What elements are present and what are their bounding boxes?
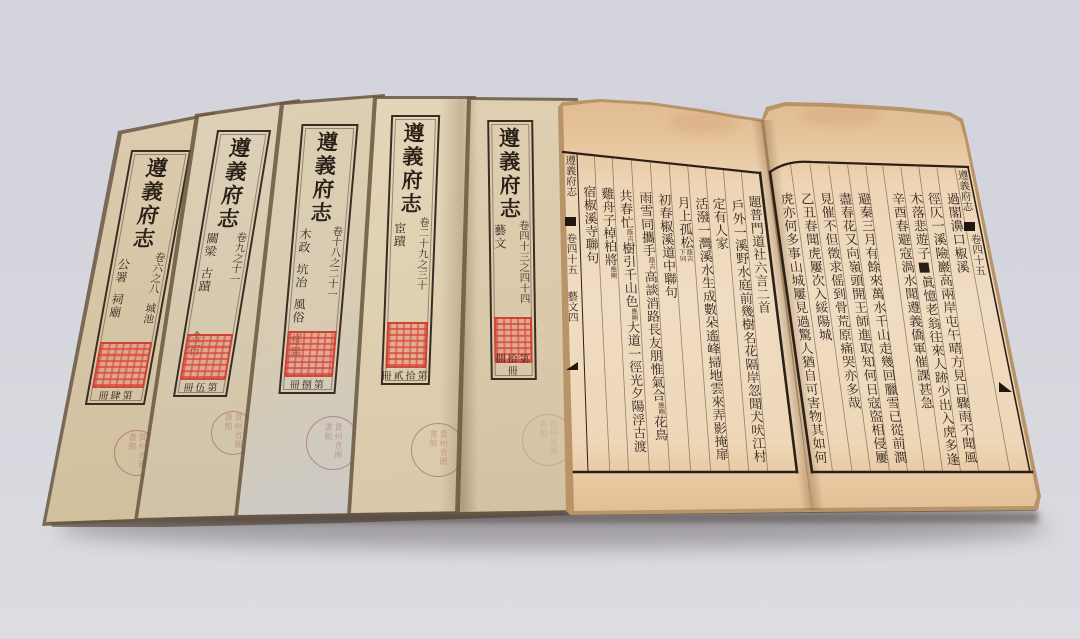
volume-number: 第拾貳冊 [381,371,430,383]
text-column: 戶外一溪野水庭前幾樹名花隔岸忽聞犬吠江村 [728,199,765,463]
fishtail-mark-icon [964,222,975,231]
text-column: 題普門道社六言二首 [745,195,769,314]
title-slip: 遵義府志 卷十八之二十一 木政坑冶風俗祥異 第捌冊 [278,124,358,394]
text-column: 徑仄一溪險巖高兩岸屯午晴方見日驟雨不聞風 [924,192,976,464]
verse-text: 活潑一灣溪水生成數朵遙峰掃地雲來弄影掩扉 [692,197,728,461]
juan-range: 卷二十九之三十 [415,217,430,291]
poem-title: 初春椒溪道中聯句 [655,193,677,299]
library-stamp-text: 貴州省圖書館 [323,423,343,463]
verse-text: 大道一徑光夕陽浮古渡 [624,321,647,453]
subjects-column: 公署祠廟 [106,258,131,319]
subject: 公署 [113,258,132,284]
interlinear-note: 應剛 [602,266,617,279]
volume-number: 第拾捌冊 [490,354,536,378]
subject: 坑冶 [293,263,309,289]
book-title: 遵義府志 [128,157,171,251]
fishtail-mark-icon [566,362,578,370]
red-seal [284,331,337,377]
verse-text: 定有人家 [709,197,728,250]
title-slip: 遵義府志 卷二十九之三十 宦蹟 第拾貳冊 [381,115,440,385]
interlinear-note: 應剛 [623,308,638,321]
juan-range: 卷四十三之四十四 [518,220,531,304]
book-title: 遵義府志 [306,131,340,225]
verse-text: 雨雪同攜手 [636,191,655,257]
interlinear-note: 蔭吉 [640,257,655,270]
subject: 古蹟 [196,267,214,293]
juan-range: 卷六之八 [147,252,167,294]
library-stamp-text: 貴州省圖書館 [223,413,243,453]
title-slip-frame [487,120,537,380]
interlinear-note: 蔭吉 [618,229,633,242]
poem-title: 宿椒溪寺聯句 [580,185,599,264]
text-column: 共春忙蔭吉樹引千山色應剛大道一徑光夕陽浮古渡 [616,189,645,453]
text-column: 月上孤松蔭吉下同 [674,196,693,262]
water-stain [800,106,880,126]
text-column: 活潑一灣溪水生成數朵遙峰掃地雲來弄影掩扉 [692,197,727,461]
book-title: 遵義府志 [495,127,522,221]
library-stamp: 貴州省圖書館 [411,423,465,477]
margin-book-title: 遵義府志 [956,170,974,212]
interlinear-note: 蔭吉下同 [677,249,692,262]
subject: 宦蹟 [392,222,407,248]
verse-text: 高談消路長友朋惟氣合 [641,270,665,402]
library-stamp-text: 貴州省圖書館 [538,420,558,460]
text-column: 雨雪同攜手蔭吉高談消路長友朋惟氣合應剛花鳥 [636,191,666,441]
subject: 金石 [186,331,204,357]
margin-juan: 卷四十五 [969,234,987,276]
margin-book-title: 遵義府志 [564,155,577,197]
library-stamp: 貴州省圖書館 [522,414,574,466]
water-stain [668,112,738,134]
juan-range: 卷十八之二十一 [326,226,344,300]
text-column: 虎亦何多事山城屢見過驚人猶自可害物其如何 [777,192,826,464]
title-slip-frame [278,124,358,394]
verse-text: 樹引千山色 [619,242,638,308]
library-stamp: 貴州省圖書館 [114,430,160,476]
poem-title: 題普門道社六言二首 [745,195,770,314]
verse-text: 雞舟子棹柏將 [598,187,617,266]
title-slip: 遵義府志 卷六之八城池 公署祠廟 第肆冊 [85,150,191,405]
text-column: 辛酉春避寇渦水聞遵義僑軍催課甚急 [888,192,933,410]
subject: 關梁 [202,232,220,258]
title-slip: 遵義府志 卷九之十一 關梁古蹟金石 第伍冊 [173,130,271,397]
interlinear-note: 應剛 [649,402,664,415]
red-seal [180,334,234,380]
book-gutter [751,120,825,510]
photo-scene: 貴州省圖書館 遵義府志 卷六之八城池 公署祠廟 第肆冊 貴州省圖書館 遵義府志 … [0,0,1080,639]
volume-number: 第伍冊 [173,383,229,395]
subjects-column: 木政坑冶風俗祥異 [287,228,312,359]
subjects-column: 宦蹟 [392,222,407,248]
juan-column: 卷六之八城池 [142,252,167,324]
subject: 木政 [296,228,312,254]
text-column: 盡春花又向嶺頭開王師進取知何日寇盜相侵屢 [835,192,887,464]
verse-text: 月上孤松 [674,196,693,249]
volume-number: 第捌冊 [279,380,337,392]
red-seal [494,317,533,363]
subject: 藝文 [493,224,507,250]
text-column: 雞舟子棹柏將應剛 [598,187,617,279]
red-seal [92,342,152,388]
text-column: 乙丑春聞虎屢次入綏陽城 [797,192,831,342]
subjects-column: 藝文 [493,224,507,250]
title-slip-frame [85,150,191,405]
title-slip-frame [381,115,440,385]
fishtail-mark-icon [999,382,1012,392]
subject: 風俗 [290,298,306,324]
subject: 城池 [142,303,158,324]
text-column: 見催不但徵求傜到骨荒原痛哭亦多哉 [816,192,860,410]
library-stamp: 貴州省圖書館 [306,416,360,470]
volume-number: 第肆冊 [85,391,147,403]
margin-section: 藝文四 [566,291,579,323]
library-stamp-text: 貴州省圖書館 [428,430,448,470]
verse-text: 戶外一溪野水庭前幾樹名花隔岸忽聞犬吠江村 [728,199,766,463]
fishtail-mark-icon [565,217,576,226]
verse-text: 花鳥 [650,415,667,441]
red-seal [385,322,428,368]
library-stamp-text: 貴州省圖書館 [127,433,147,473]
margin-juan: 卷四十五 [565,233,578,275]
text-column: 木落悲遊子■眞憶老翁往來人跡少出入虎多逢 [906,192,959,466]
text-column: 過閣濞口椒溪 [943,192,968,274]
subjects-column: 關梁古蹟金石 [186,232,221,357]
text-column: 定有人家 [709,197,727,250]
text-column: 初春椒溪道中聯句 [655,193,676,299]
verse-text: 共春忙 [616,189,633,229]
book-title: 遵義府志 [397,122,427,216]
book-title: 遵義府志 [212,137,254,231]
juan-range: 卷九之十一 [228,232,249,285]
subject: 祥異 [287,333,303,359]
subject: 祠廟 [106,293,125,319]
text-column: 避秦三月有餘來萬水千山走幾回臘雪已從前澗 [854,192,906,464]
text-column: 宿椒溪寺聯句 [580,185,598,264]
title-slip-frame [173,130,271,397]
library-stamp: 貴州省圖書館 [211,411,255,455]
title-slip: 遵義府志 卷四十三之四十四 藝文 第拾捌冊 [487,120,537,380]
